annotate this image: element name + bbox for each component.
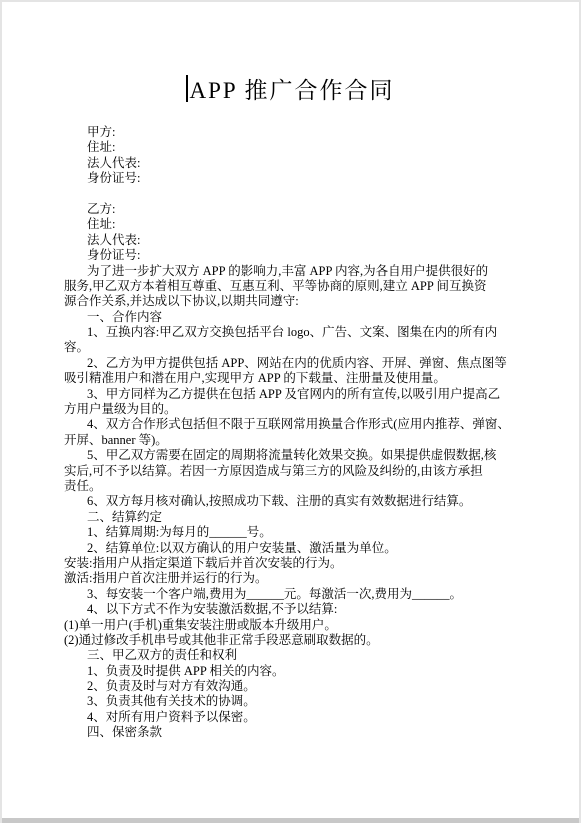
doc-line: 二、结算约定: [64, 510, 527, 525]
doc-line: 方用户量级为目的。: [64, 402, 527, 417]
doc-line: [64, 187, 527, 202]
doc-line: 6、双方每月核对确认,按照成功下载、注册的真实有效数据进行结算。: [64, 494, 527, 509]
doc-line: (1)单一用户(手机)重集安装注册或版本升级用户。: [64, 618, 527, 633]
page-bottom-edge: [2, 818, 579, 823]
doc-line: 3、负责其他有关技术的协调。: [64, 694, 527, 709]
document-page[interactable]: APP 推广合作合同 甲方:住址:法人代表:身份证号: 乙方:住址:法人代表:身…: [0, 0, 581, 823]
doc-line: 实后,可不予以结算。若因一方原因造成与第三方的风险及纠纷的,由该方承担: [64, 464, 527, 479]
doc-line: 开屏、banner 等)。: [64, 433, 527, 448]
doc-line: 1、互换内容:甲乙双方交换包括平台 logo、广告、文案、图集在内的所有内: [64, 325, 527, 340]
doc-line: 安装:指用户从指定渠道下载后并首次安装的行为。: [64, 556, 527, 571]
doc-line: 4、双方合作形式包括但不限于互联网常用换量合作形式(应用内推荐、弹窗、: [64, 417, 527, 432]
doc-line: 容。: [64, 340, 527, 355]
document-title-line: APP 推广合作合同: [2, 72, 579, 102]
doc-line: 1、负责及时提供 APP 相关的内容。: [64, 664, 527, 679]
doc-line: 2、乙方为甲方提供包括 APP、网站在内的优质内容、开屏、弹窗、焦点图等: [64, 356, 527, 371]
doc-line: 4、以下方式不作为安装激活数据,不予以结算:: [64, 602, 527, 617]
doc-line: 责任。: [64, 479, 527, 494]
doc-line: 5、甲乙双方需要在固定的周期将流量转化效果交换。如果提供虚假数据,核: [64, 448, 527, 463]
doc-line: 甲方:: [64, 125, 527, 140]
doc-line: 乙方:: [64, 202, 527, 217]
doc-line: 源合作关系,并达成以下协议,以期共同遵守:: [64, 294, 527, 309]
doc-line: 住址:: [64, 217, 527, 232]
doc-line: 法人代表:: [64, 233, 527, 248]
document-title: APP 推广合作合同: [189, 78, 394, 103]
doc-line: 3、每安装一个客户端,费用为______元。每激活一次,费用为______。: [64, 587, 527, 602]
doc-line: 四、保密条款: [64, 725, 527, 740]
document-body: 甲方:住址:法人代表:身份证号: 乙方:住址:法人代表:身份证号:为了进一步扩大…: [64, 125, 527, 741]
doc-line: 1、结算周期:为每月的______号。: [64, 525, 527, 540]
doc-line: 身份证号:: [64, 248, 527, 263]
doc-line: 三、甲乙双方的责任和权利: [64, 648, 527, 663]
doc-line: 服务,甲乙双方本着相互尊重、互惠互利、平等协商的原则,建立 APP 间互换资: [64, 279, 527, 294]
doc-line: 4、对所有用户资料予以保密。: [64, 710, 527, 725]
doc-line: 2、结算单位:以双方确认的用户安装量、激活量为单位。: [64, 541, 527, 556]
doc-line: 2、负责及时与对方有效沟通。: [64, 679, 527, 694]
doc-line: 住址:: [64, 140, 527, 155]
doc-line: (2)通过修改手机串号或其他非正常手段恶意刷取数据的。: [64, 633, 527, 648]
doc-line: 3、甲方同样为乙方提供在包括 APP 及官网内的所有宣传,以吸引用户提高乙: [64, 387, 527, 402]
doc-line: 法人代表:: [64, 156, 527, 171]
doc-line: 身份证号:: [64, 171, 527, 186]
doc-line: 吸引精准用户和潜在用户,实现甲方 APP 的下载量、注册量及使用量。: [64, 371, 527, 386]
doc-line: 激活:指用户首次注册并运行的行为。: [64, 571, 527, 586]
doc-line: 为了进一步扩大双方 APP 的影响力,丰富 APP 内容,为各自用户提供很好的: [64, 264, 527, 279]
doc-line: 一、合作内容: [64, 310, 527, 325]
